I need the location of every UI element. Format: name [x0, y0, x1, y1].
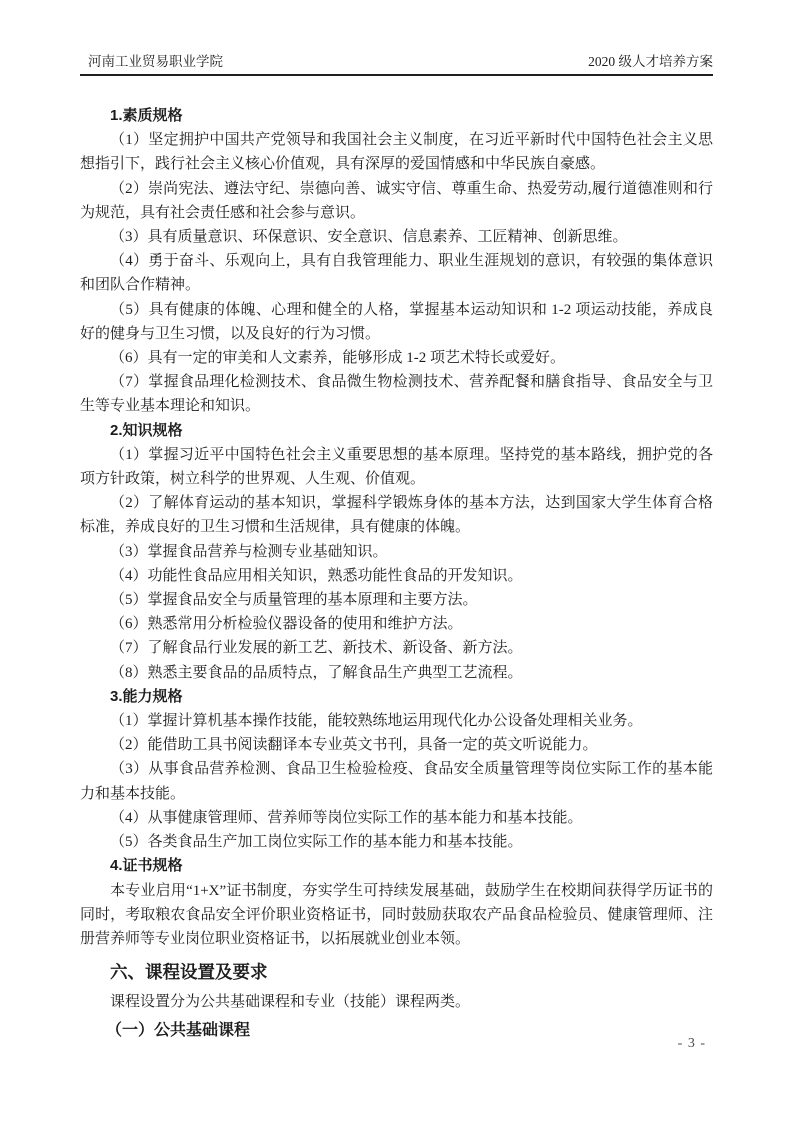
paragraph: （3）具有质量意识、环保意识、安全意识、信息素养、工匠精神、创新思维。 — [80, 225, 713, 249]
paragraph: （4）功能性食品应用相关知识，熟悉功能性食品的开发知识。 — [80, 564, 713, 588]
paragraph: （2）能借助工具书阅读翻译本专业英文书刊，具备一定的英文听说能力。 — [80, 733, 713, 757]
paragraph: （7）掌握食品理化检测技术、食品微生物检测技术、营养配餐和膳食指导、食品安全与卫… — [80, 370, 713, 418]
paragraph: （3）从事食品营养检测、食品卫生检验检疫、食品安全质量管理等岗位实际工作的基本能… — [80, 757, 713, 805]
paragraph: （5）掌握食品安全与质量管理的基本原理和主要方法。 — [80, 588, 713, 612]
section-heading: 1.素质规格 — [80, 104, 713, 128]
paragraph: （5）具有健康的体魄、心理和健全的人格，掌握基本运动知识和 1-2 项运动技能，… — [80, 298, 713, 346]
paragraph: （6）熟悉常用分析检验仪器设备的使用和维护方法。 — [80, 612, 713, 636]
paragraph: 课程设置分为公共基础课程和专业（技能）课程两类。 — [80, 990, 713, 1014]
paragraph: （2）崇尚宪法、遵法守纪、崇德向善、诚实守信、尊重生命、热爱劳动,履行道德准则和… — [80, 177, 713, 225]
paragraph: 本专业启用“1+X”证书制度，夯实学生可持续发展基础，鼓励学生在校期间获得学历证… — [80, 879, 713, 952]
header-plan-title: 2020 级人才培养方案 — [588, 52, 713, 71]
paragraph: （1）掌握习近平中国特色社会主义重要思想的基本原理。坚持党的基本路线，拥护党的各… — [80, 443, 713, 491]
paragraph: （6）具有一定的审美和人文素养，能够形成 1-2 项艺术特长或爱好。 — [80, 346, 713, 370]
paragraph: （1）坚定拥护中国共产党领导和我国社会主义制度，在习近平新时代中国特色社会主义思… — [80, 128, 713, 176]
page-header: 河南工业贸易职业学院 2020 级人才培养方案 — [80, 52, 713, 76]
paragraph: （4）从事健康管理师、营养师等岗位实际工作的基本能力和基本技能。 — [80, 806, 713, 830]
paragraph: （1）掌握计算机基本操作技能，能较熟练地运用现代化办公设备处理相关业务。 — [80, 709, 713, 733]
subsection-heading: （一）公共基础课程 — [80, 1018, 713, 1043]
header-school-name: 河南工业贸易职业学院 — [80, 52, 223, 71]
section-heading: 4.证书规格 — [80, 854, 713, 878]
document-page: 河南工业贸易职业学院 2020 级人才培养方案 1.素质规格（1）坚定拥护中国共… — [0, 0, 793, 1122]
section-heading: 2.知识规格 — [80, 419, 713, 443]
document-body: 1.素质规格（1）坚定拥护中国共产党领导和我国社会主义制度，在习近平新时代中国特… — [80, 104, 713, 1043]
page-number: - 3 - — [678, 1036, 706, 1052]
section-heading: 3.能力规格 — [80, 685, 713, 709]
chapter-heading: 六、课程设置及要求 — [80, 959, 713, 985]
paragraph: （7）了解食品行业发展的新工艺、新技术、新设备、新方法。 — [80, 636, 713, 660]
paragraph: （8）熟悉主要食品的品质特点，了解食品生产典型工艺流程。 — [80, 661, 713, 685]
paragraph: （4）勇于奋斗、乐观向上，具有自我管理能力、职业生涯规划的意识，有较强的集体意识… — [80, 249, 713, 297]
paragraph: （5）各类食品生产加工岗位实际工作的基本能力和基本技能。 — [80, 830, 713, 854]
paragraph: （2）了解体育运动的基本知识，掌握科学锻炼身体的基本方法，达到国家大学生体育合格… — [80, 491, 713, 539]
paragraph: （3）掌握食品营养与检测专业基础知识。 — [80, 540, 713, 564]
